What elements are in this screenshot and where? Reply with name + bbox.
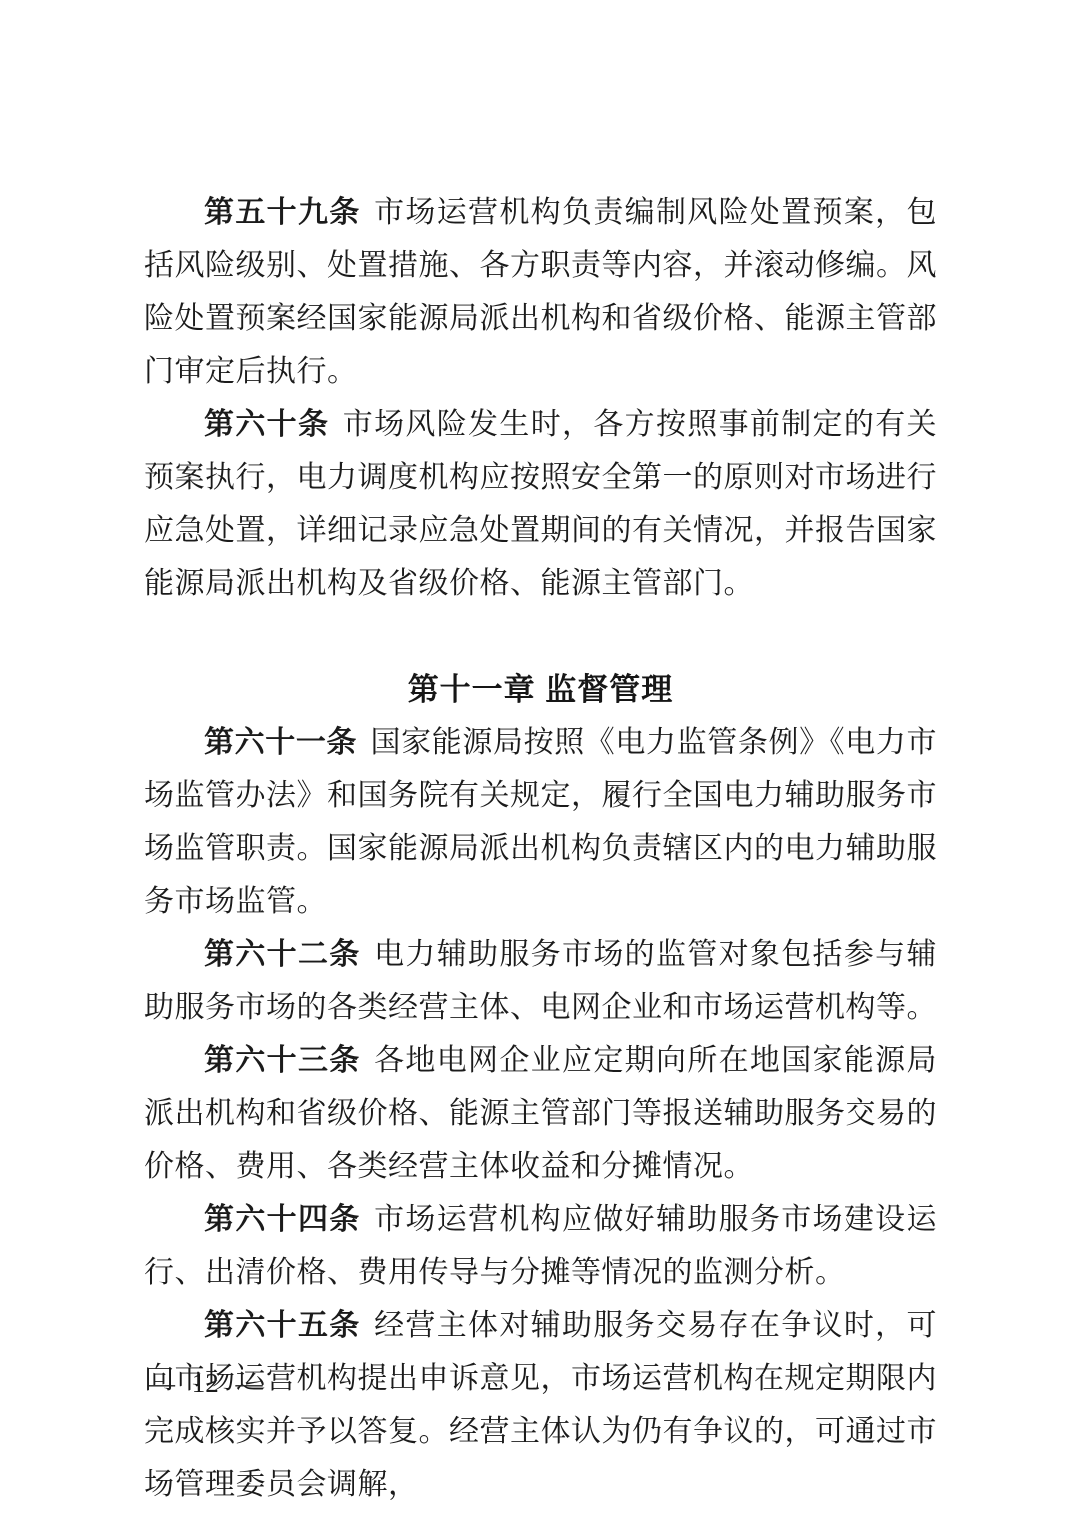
article-number: 第六十三条 — [204, 1044, 361, 1077]
article-number: 第六十四条 — [204, 1203, 361, 1236]
article-paragraph: 第六十四条市场运营机构应做好辅助服务市场建设运行、出清价格、费用传导与分摊等情况… — [144, 1193, 937, 1299]
article-number: 第六十五条 — [204, 1309, 361, 1342]
document-page: 第五十九条市场运营机构负责编制风险处置预案，包括风险级别、处置措施、各方职责等内… — [0, 0, 1080, 1527]
chapter-heading: 第十一章 监督管理 — [144, 663, 937, 716]
article-paragraph: 第六十条市场风险发生时，各方按照事前制定的有关预案执行，电力调度机构应按照安全第… — [144, 398, 937, 610]
article-paragraph: 第六十一条国家能源局按照《电力监管条例》《电力市场监管办法》和国务院有关规定，履… — [144, 716, 937, 928]
article-number: 第六十条 — [204, 408, 329, 441]
document-body: 第五十九条市场运营机构负责编制风险处置预案，包括风险级别、处置措施、各方职责等内… — [144, 186, 937, 1511]
article-paragraph: 第六十三条各地电网企业应定期向所在地国家能源局派出机构和省级价格、能源主管部门等… — [144, 1034, 937, 1193]
page-number: — 12 — — [148, 1368, 263, 1398]
article-paragraph: 第六十二条电力辅助服务市场的监管对象包括参与辅助服务市场的各类经营主体、电网企业… — [144, 928, 937, 1034]
article-number: 第六十二条 — [204, 938, 361, 971]
article-paragraph: 第五十九条市场运营机构负责编制风险处置预案，包括风险级别、处置措施、各方职责等内… — [144, 186, 937, 398]
article-number: 第五十九条 — [204, 196, 361, 229]
article-number: 第六十一条 — [204, 726, 357, 759]
article-paragraph: 第六十五条经营主体对辅助服务交易存在争议时，可向市场运营机构提出申诉意见，市场运… — [144, 1299, 937, 1511]
page-footer: — 12 — — [148, 1366, 263, 1400]
